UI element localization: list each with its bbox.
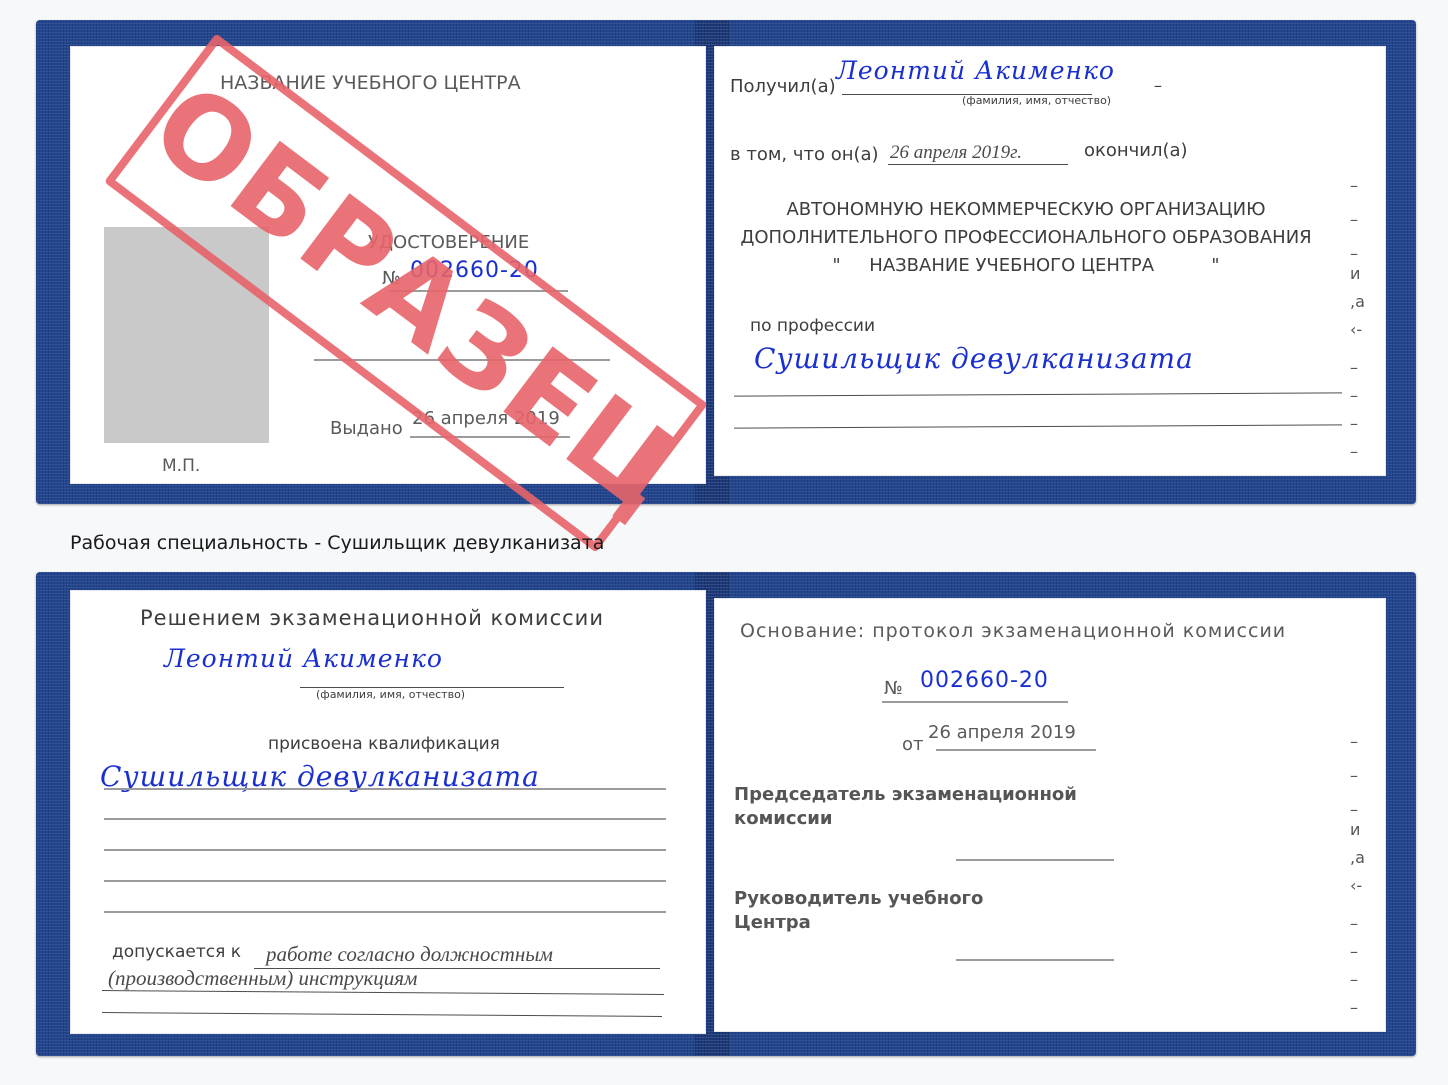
organization-line-3: " НАЗВАНИЕ УЧЕБНОГО ЦЕНТРА ": [714, 252, 1338, 280]
that-label: в том, что он(а): [730, 144, 879, 165]
organization-line-1: АВТОНОМНУЮ НЕКОММЕРЧЕСКУЮ ОРГАНИЗАЦИЮ: [714, 196, 1338, 224]
protocol-number-value: 002660-20: [920, 668, 1049, 693]
basis-title: Основание: протокол экзаменационной коми…: [740, 620, 1286, 642]
organization-name: АВТОНОМНУЮ НЕКОММЕРЧЕСКУЮ ОРГАНИЗАЦИЮ ДО…: [714, 196, 1338, 280]
protocol-date-value: 26 апреля 2019: [928, 722, 1076, 743]
decision-title: Решением экзаменационной комиссии: [140, 606, 604, 630]
organization-line-2: ДОПОЛНИТЕЛЬНОГО ПРОФЕССИОНАЛЬНОГО ОБРАЗО…: [714, 224, 1338, 252]
chairman-label-1: Председатель экзаменационной: [734, 784, 1077, 805]
received-label: Получил(а): [730, 76, 836, 97]
qualification-line-1: [104, 788, 666, 790]
top-right-page: Получил(а) Леонтий Акименко – (фамилия, …: [714, 46, 1386, 476]
head-label-2: Центра: [734, 912, 811, 933]
qualification-line-4: [104, 880, 666, 882]
head-label-1: Руководитель учебного: [734, 888, 983, 909]
admitted-underline-3: [102, 1012, 662, 1017]
protocol-date-label: от: [902, 734, 924, 755]
page-caption: Рабочая специальность - Сушильщик девулк…: [70, 532, 604, 554]
recipient-dash: –: [1154, 76, 1162, 95]
seal-label: М.П.: [162, 456, 200, 476]
profession-label: по профессии: [750, 316, 875, 336]
admitted-label: допускается к: [112, 942, 241, 962]
head-signature-line: [956, 959, 1114, 961]
admitted-line-2: (производственным) инструкциям: [108, 966, 417, 991]
fio-hint: (фамилия, имя, отчество): [962, 94, 1111, 107]
completion-date-line: [888, 164, 1068, 165]
profession-line-2: [734, 424, 1342, 428]
qualification-label: присвоена квалификация: [268, 734, 500, 754]
fio-hint-bottom: (фамилия, имя, отчество): [316, 688, 465, 701]
profession-line-1: [734, 392, 1342, 396]
profession-value: Сушильщик девулканизата: [754, 342, 1194, 375]
chairman-label-2: комиссии: [734, 808, 832, 829]
protocol-number-line: [882, 701, 1068, 703]
qualification-line-3: [104, 849, 666, 851]
recipient-name: Леонтий Акименко: [836, 56, 1115, 85]
admitted-line-1: работе согласно должностным: [266, 942, 553, 967]
issued-label: Выдано: [330, 418, 403, 439]
qualification-line-2: [104, 818, 666, 820]
graduate-name: Леонтий Акименко: [164, 644, 443, 673]
chairman-signature-line: [956, 859, 1114, 861]
bottom-right-page: Основание: протокол экзаменационной коми…: [714, 598, 1386, 1032]
finished-label: окончил(а): [1084, 140, 1188, 161]
protocol-date-line: [936, 749, 1096, 751]
qualification-line-5: [104, 911, 666, 913]
protocol-number-label: №: [884, 678, 903, 699]
bottom-left-page: Решением экзаменационной комиссии Леонти…: [70, 590, 706, 1034]
completion-date: 26 апреля 2019г.: [890, 142, 1022, 164]
